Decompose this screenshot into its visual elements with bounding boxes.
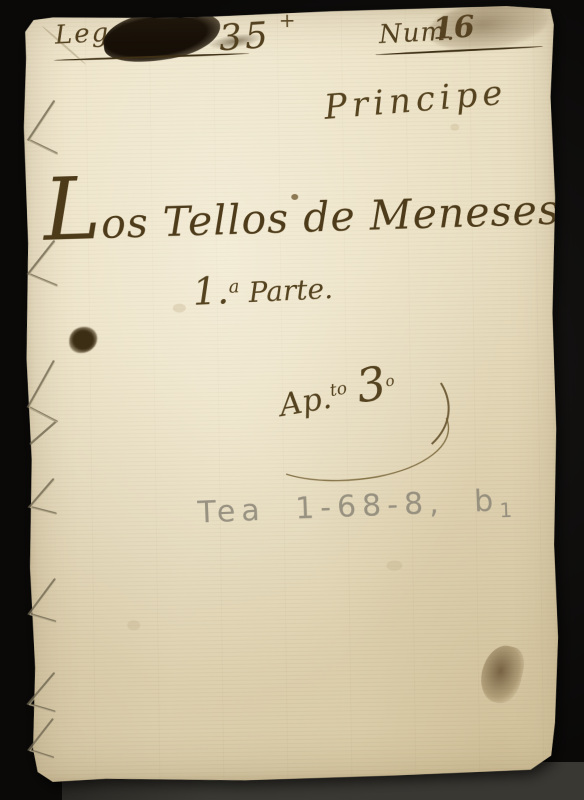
right-edge-stain [476, 641, 528, 707]
shelfmark-text: Tea 1-68-8, b [197, 483, 500, 530]
title-main: Los Tellos de Meneses. [42, 148, 553, 259]
fox-spot [173, 303, 186, 312]
pencil-shelfmark: Tea 1-68-8, b1 [197, 483, 519, 535]
manuscript-page-wrap: Leg.o 35 + Num. 16 Principe Los Tellos d… [21, 4, 566, 783]
part-sup: a [228, 276, 240, 297]
manuscript-page: Leg.o 35 + Num. 16 Principe Los Tellos d… [21, 4, 566, 783]
fox-spot [127, 620, 140, 630]
part-number: 1. [192, 268, 230, 314]
fox-spot [450, 124, 459, 131]
pen-flourish [271, 377, 483, 495]
shelfmark-sub: 1 [499, 498, 519, 523]
stitch-marks [13, 61, 83, 772]
part-line: 1.a Parte. [192, 263, 334, 314]
photo-background: Leg.o 35 + Num. 16 Principe Los Tellos d… [0, 0, 584, 800]
fox-spot [291, 194, 298, 200]
fox-spot [386, 560, 402, 570]
cross-mark: + [279, 8, 296, 32]
part-word: Parte. [248, 272, 334, 309]
principe-annotation: Principe [323, 73, 509, 128]
